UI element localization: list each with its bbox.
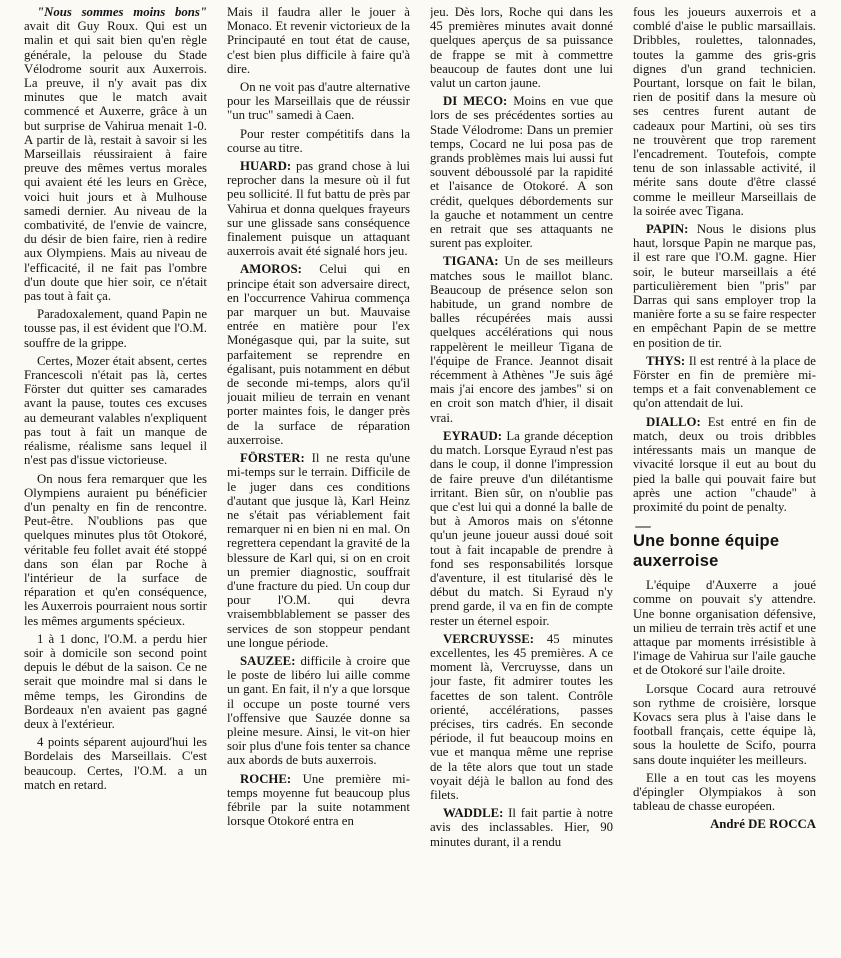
player-name: DIALLO:	[646, 415, 701, 429]
opening-quote: "Nous sommes moins bons"	[37, 5, 207, 19]
player-name: THYS:	[646, 354, 685, 368]
player-comment: Un de ses meilleurs matches sous le mail…	[430, 254, 613, 424]
player-rating-paragraph: HUARD: pas grand chose à lui reprocher d…	[227, 159, 410, 258]
player-name: TIGANA:	[443, 254, 498, 268]
article-column-4: fous les joueurs auxerrois et a comblé d…	[633, 5, 816, 958]
player-comment: Moins en vue que lors de ses précédentes…	[430, 94, 613, 250]
player-rating-paragraph: THYS: Il est rentré à la place de Förste…	[633, 354, 816, 411]
body-paragraph: On nous fera remarquer que les Olympiens…	[24, 472, 207, 628]
body-paragraph: Mais il faudra aller le jouer à Monaco. …	[227, 5, 410, 76]
player-comment: 45 minutes excellentes, les 45 premières…	[430, 632, 613, 802]
player-rating-paragraph: ROCHE: Une première mi-temps moyenne fut…	[227, 772, 410, 829]
player-rating-paragraph: AMOROS: Celui qui en principe était son …	[227, 262, 410, 447]
player-comment: Il ne resta qu'une mi-temps sur le terra…	[227, 451, 410, 650]
player-name: EYRAUD:	[443, 429, 502, 443]
player-comment: Celui qui en principe était son adversai…	[227, 262, 410, 446]
section-divider	[635, 526, 651, 528]
body-paragraph: 1 à 1 donc, l'O.M. a perdu hier soir à d…	[24, 632, 207, 731]
article-column-2: Mais il faudra aller le jouer à Monaco. …	[227, 5, 410, 958]
lead-paragraph: "Nous sommes moins bons" avait dit Guy R…	[24, 5, 207, 303]
player-rating-paragraph: TIGANA: Un de ses meilleurs matches sous…	[430, 254, 613, 424]
player-rating-paragraph: DIALLO: Est entré en fin de match, deux …	[633, 415, 816, 514]
player-rating-paragraph: VERCRUYSSE: 45 minutes excellentes, les …	[430, 632, 613, 802]
body-paragraph: Certes, Mozer était absent, certes Franc…	[24, 354, 207, 468]
player-name: VERCRUYSSE:	[443, 632, 534, 646]
player-rating-paragraph: EYRAUD: La grande déception du match. Lo…	[430, 429, 613, 628]
body-paragraph: Paradoxalement, quand Papin ne tousse pa…	[24, 307, 207, 350]
player-name: AMOROS:	[240, 262, 302, 276]
player-rating-paragraph: SAUZEE: difficile à croire que le poste …	[227, 654, 410, 768]
article-column-1: "Nous sommes moins bons" avait dit Guy R…	[24, 5, 207, 958]
player-name: PAPIN:	[646, 222, 688, 236]
player-name: DI MECO:	[443, 94, 507, 108]
player-name: SAUZEE:	[240, 654, 295, 668]
player-name: FÖRSTER:	[240, 451, 305, 465]
player-name: WADDLE:	[443, 806, 503, 820]
newspaper-article: "Nous sommes moins bons" avait dit Guy R…	[0, 0, 841, 958]
article-column-3: jeu. Dès lors, Roche qui dans les 45 pre…	[430, 5, 613, 958]
player-comment: pas grand chose à lui reprocher dans la …	[227, 159, 410, 258]
player-name: ROCHE:	[240, 772, 291, 786]
body-paragraph: Elle a en tout cas les moyens d'épingler…	[633, 771, 816, 814]
player-rating-paragraph: FÖRSTER: Il ne resta qu'une mi-temps sur…	[227, 451, 410, 650]
player-rating-paragraph: DI MECO: Moins en vue que lors de ses pr…	[430, 94, 613, 250]
player-rating-paragraph: WADDLE: Il fait partie à notre avis des …	[430, 806, 613, 849]
player-comment: difficile à croire que le poste de libér…	[227, 654, 410, 767]
player-comment: Est entré en fin de match, deux ou trois…	[633, 415, 816, 514]
lead-text: avait dit Guy Roux. Qui est un malin et …	[24, 19, 207, 303]
subheadline: Une bonne équipe auxerroise	[633, 532, 816, 571]
player-name: HUARD:	[240, 159, 291, 173]
player-comment: La grande déception du match. Lorsque Ey…	[430, 429, 613, 628]
body-paragraph: On ne voit pas d'autre alternative pour …	[227, 80, 410, 123]
body-paragraph: L'équipe d'Auxerre a joué comme on pouva…	[633, 578, 816, 677]
body-paragraph: 4 points séparent aujourd'hui les Bordel…	[24, 735, 207, 792]
body-paragraph: Lorsque Cocard aura retrouvé son rythme …	[633, 682, 816, 767]
player-comment: Nous le disions plus haut, lorsque Papin…	[633, 222, 816, 350]
body-paragraph: jeu. Dès lors, Roche qui dans les 45 pre…	[430, 5, 613, 90]
player-rating-paragraph: PAPIN: Nous le disions plus haut, lorsqu…	[633, 222, 816, 350]
body-paragraph: fous les joueurs auxerrois et a comblé d…	[633, 5, 816, 218]
author-byline: André DE ROCCA	[633, 817, 816, 831]
body-paragraph: Pour rester compétitifs dans la course a…	[227, 127, 410, 155]
